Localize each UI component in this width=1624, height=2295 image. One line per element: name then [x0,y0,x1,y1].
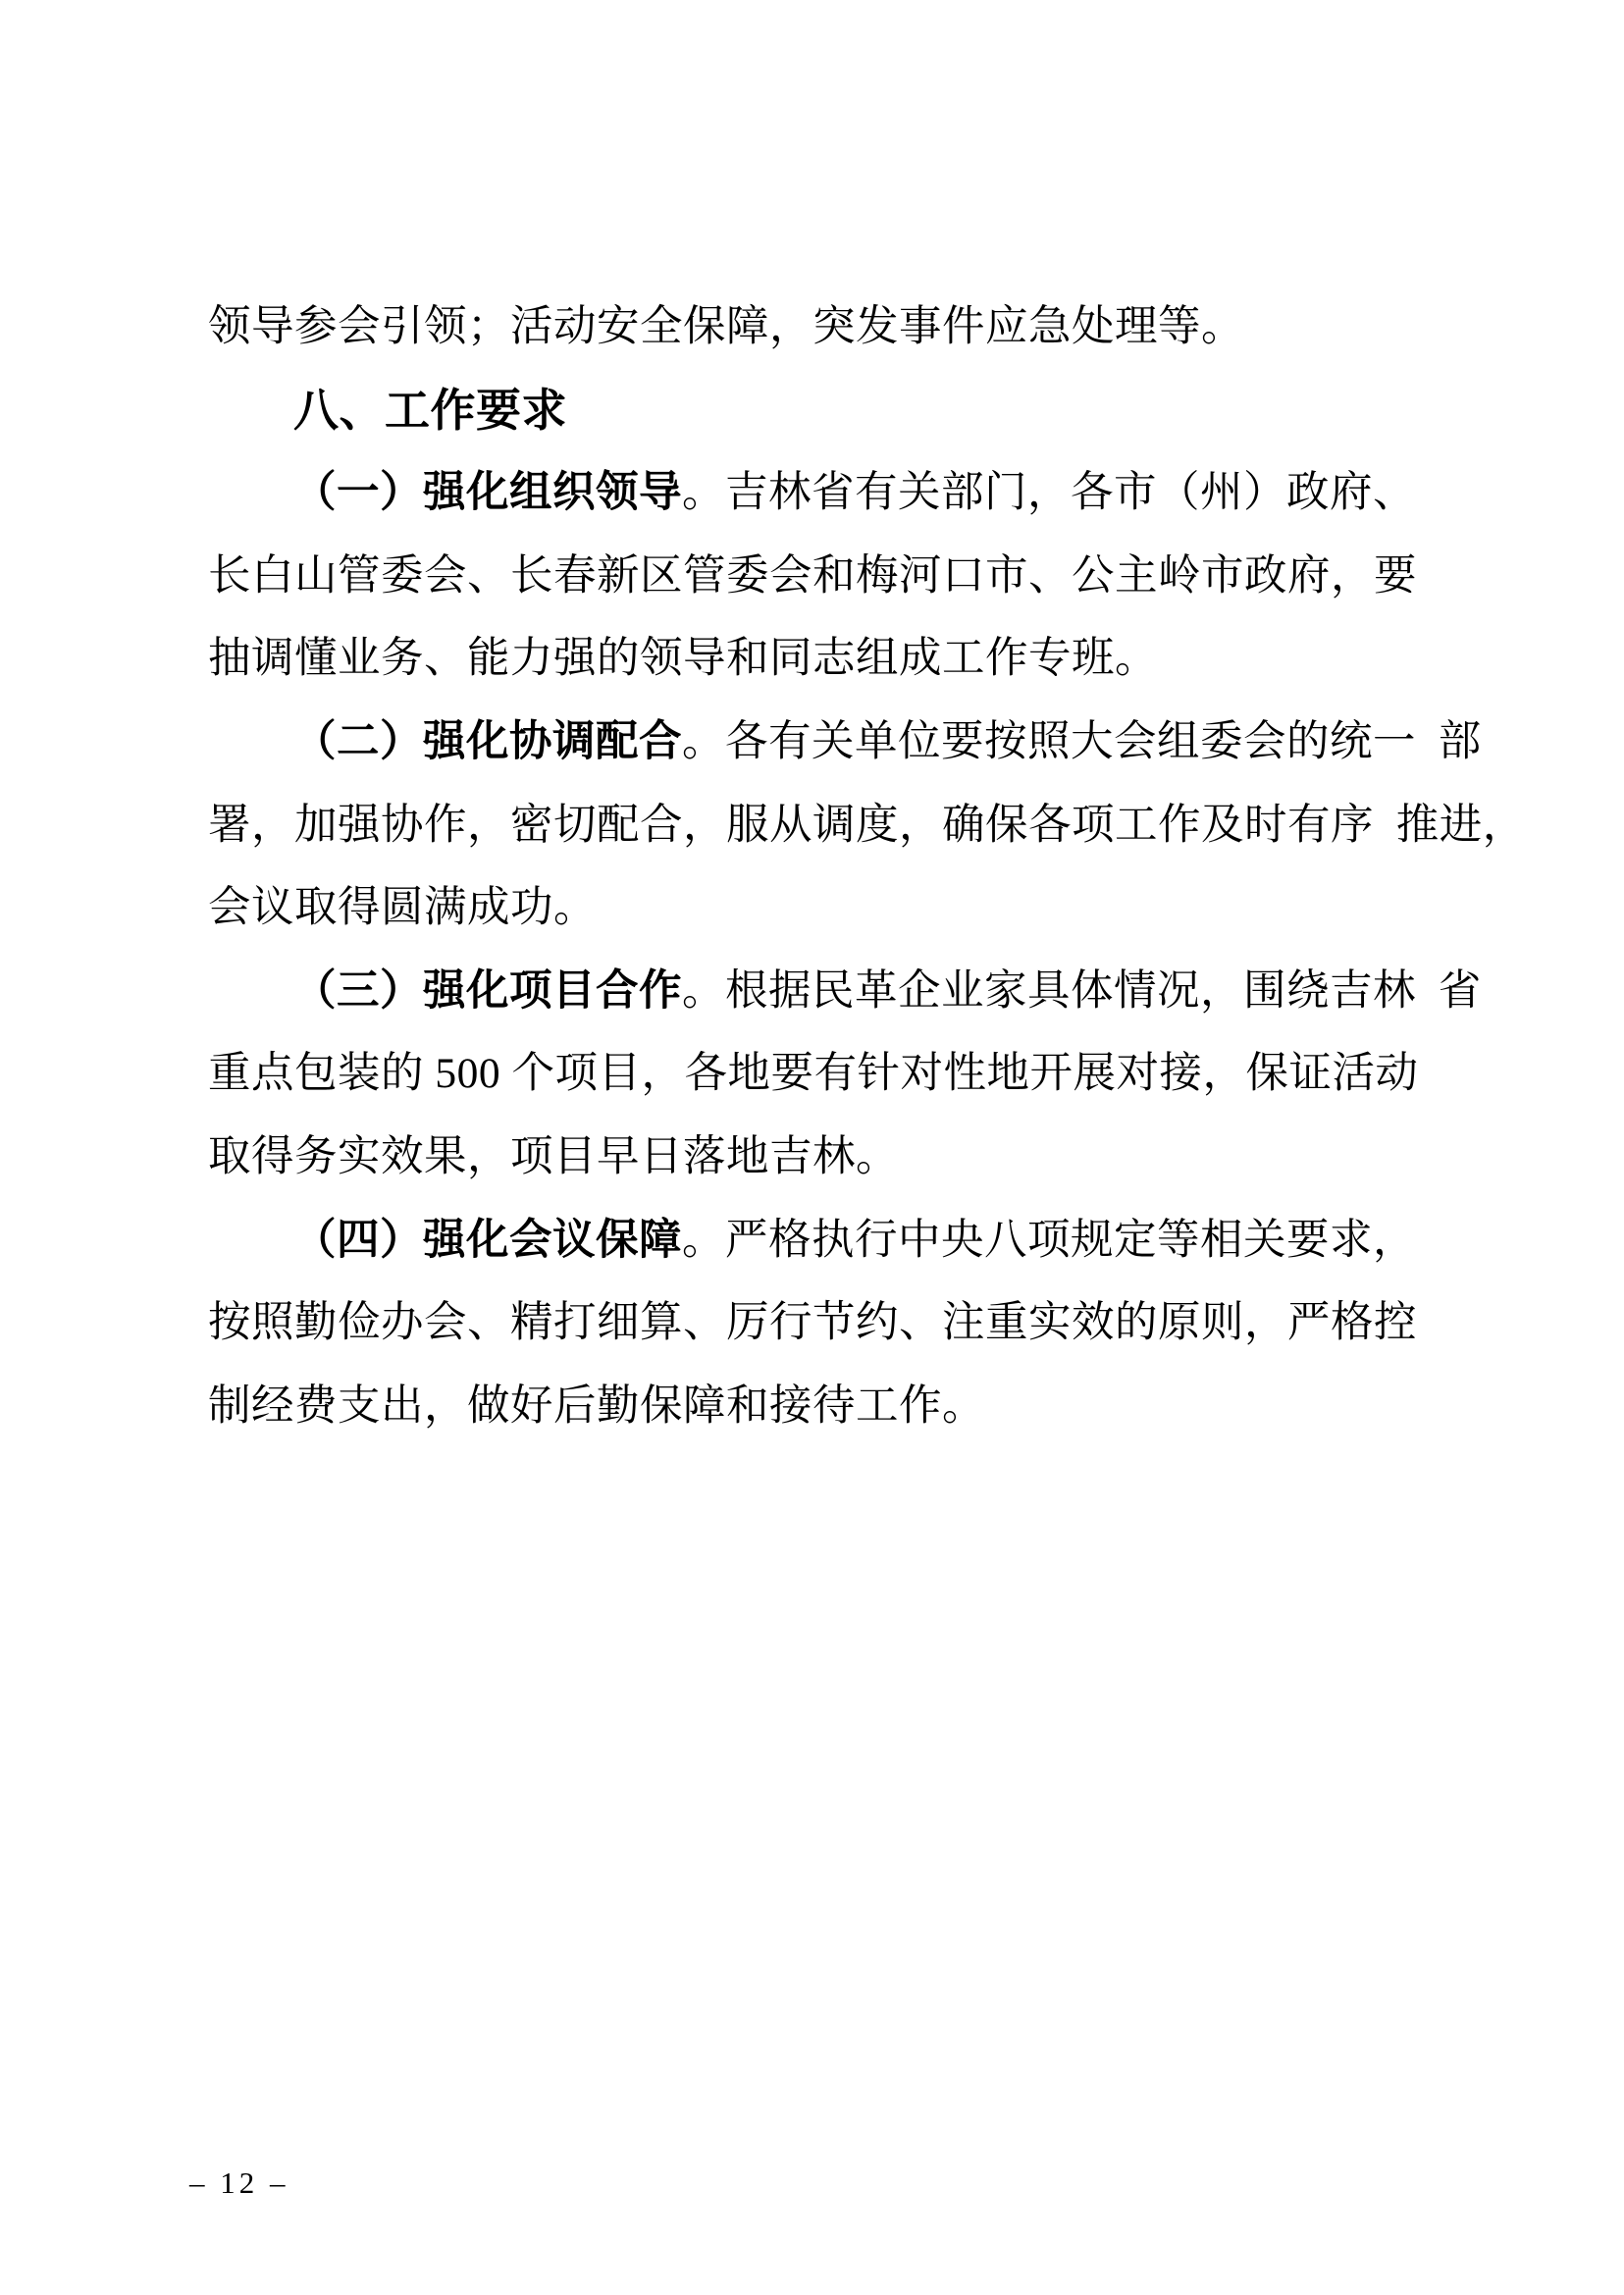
paragraph-start: （三）强化项目合作。根据民革企业家具体情况，围绕吉林 省 [208,950,1440,1033]
line-text: 。各有关单位要按照大会组委会的统一 部 [682,718,1482,765]
line-text: 。根据民革企业家具体情况，围绕吉林 省 [682,967,1482,1015]
text-line: 制经费支出，做好后勤保障和接待工作。 [208,1365,1440,1448]
text-line: 长白山管委会、长春新区管委会和梅河口市、公主岭市政府，要 [208,535,1440,618]
section-heading: 八、工作要求 [208,369,1440,452]
paragraph-start: （四）强化会议保障。严格执行中央八项规定等相关要求， [208,1199,1440,1282]
paragraph-lead: （三）强化项目合作 [293,967,682,1015]
text-line: 抽调懂业务、能力强的领导和同志组成工作专班。 [208,617,1440,701]
line-text: 。吉林省有关部门，各市（州）政府、 [682,469,1416,516]
text-line: 重点包装的 500 个项目，各地要有针对性地开展对接，保证活动 [208,1032,1440,1116]
text-line: 按照勤俭办会、精打细算、厉行节约、注重实效的原则，严格控 [208,1281,1440,1365]
paragraph-start: （二）强化协调配合。各有关单位要按照大会组委会的统一 部 [208,701,1440,784]
document-page: 领导参会引领；活动安全保障，突发事件应急处理等。 八、工作要求 （一）强化组织领… [0,0,1624,2295]
text-line: 领导参会引领；活动安全保障，突发事件应急处理等。 [208,286,1440,369]
page-number: – 12 – [189,2163,289,2204]
text-line: 取得务实效果，项目早日落地吉林。 [208,1116,1440,1199]
document-body: 领导参会引领；活动安全保障，突发事件应急处理等。 八、工作要求 （一）强化组织领… [208,286,1440,1447]
paragraph-lead: （一）强化组织领导 [293,469,682,516]
line-text: 。严格执行中央八项规定等相关要求， [682,1217,1416,1264]
paragraph-start: （一）强化组织领导。吉林省有关部门，各市（州）政府、 [208,451,1440,535]
text-line: 署，加强协作，密切配合，服从调度，确保各项工作及时有序 推进， [208,784,1440,867]
text-line: 会议取得圆满成功。 [208,866,1440,950]
paragraph-lead: （二）强化协调配合 [293,718,682,765]
paragraph-lead: （四）强化会议保障 [293,1217,682,1264]
